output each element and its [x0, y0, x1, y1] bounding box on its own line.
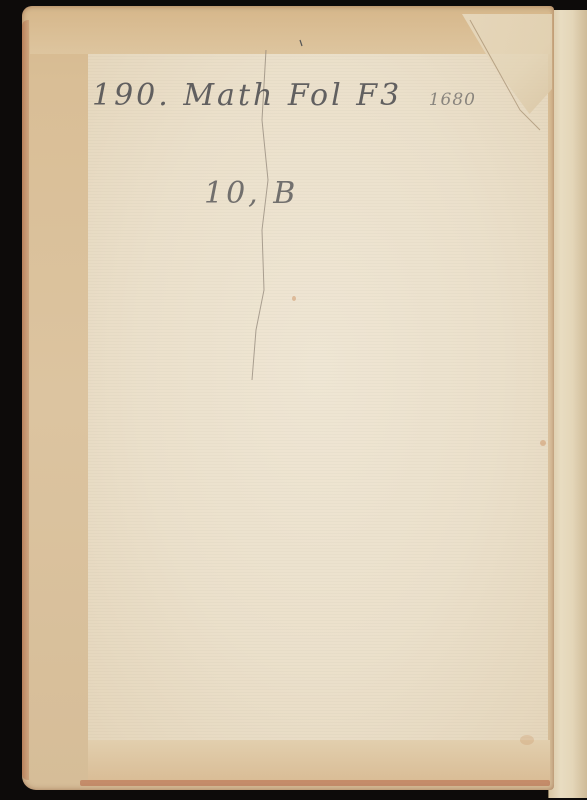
bottom-margin-turn-in — [88, 740, 550, 782]
board-left-edge — [22, 20, 29, 780]
shelf-letter: F3 — [356, 78, 402, 113]
shelf-number: 190. — [92, 78, 171, 113]
foxing-spot — [540, 440, 546, 446]
foxing-spot — [292, 296, 296, 301]
bottom-edge-red — [80, 780, 550, 786]
shelf-subject: Math — [183, 78, 275, 113]
foxing-spot — [520, 735, 534, 745]
shelfmark-annotation: 190. Math Fol F3 1680 — [92, 78, 476, 113]
shelf-format: Fol — [288, 78, 344, 113]
secondary-annotation: 10, B — [204, 176, 298, 211]
shelf-year: 1680 — [429, 90, 476, 110]
paste-down-endpaper — [88, 54, 548, 750]
